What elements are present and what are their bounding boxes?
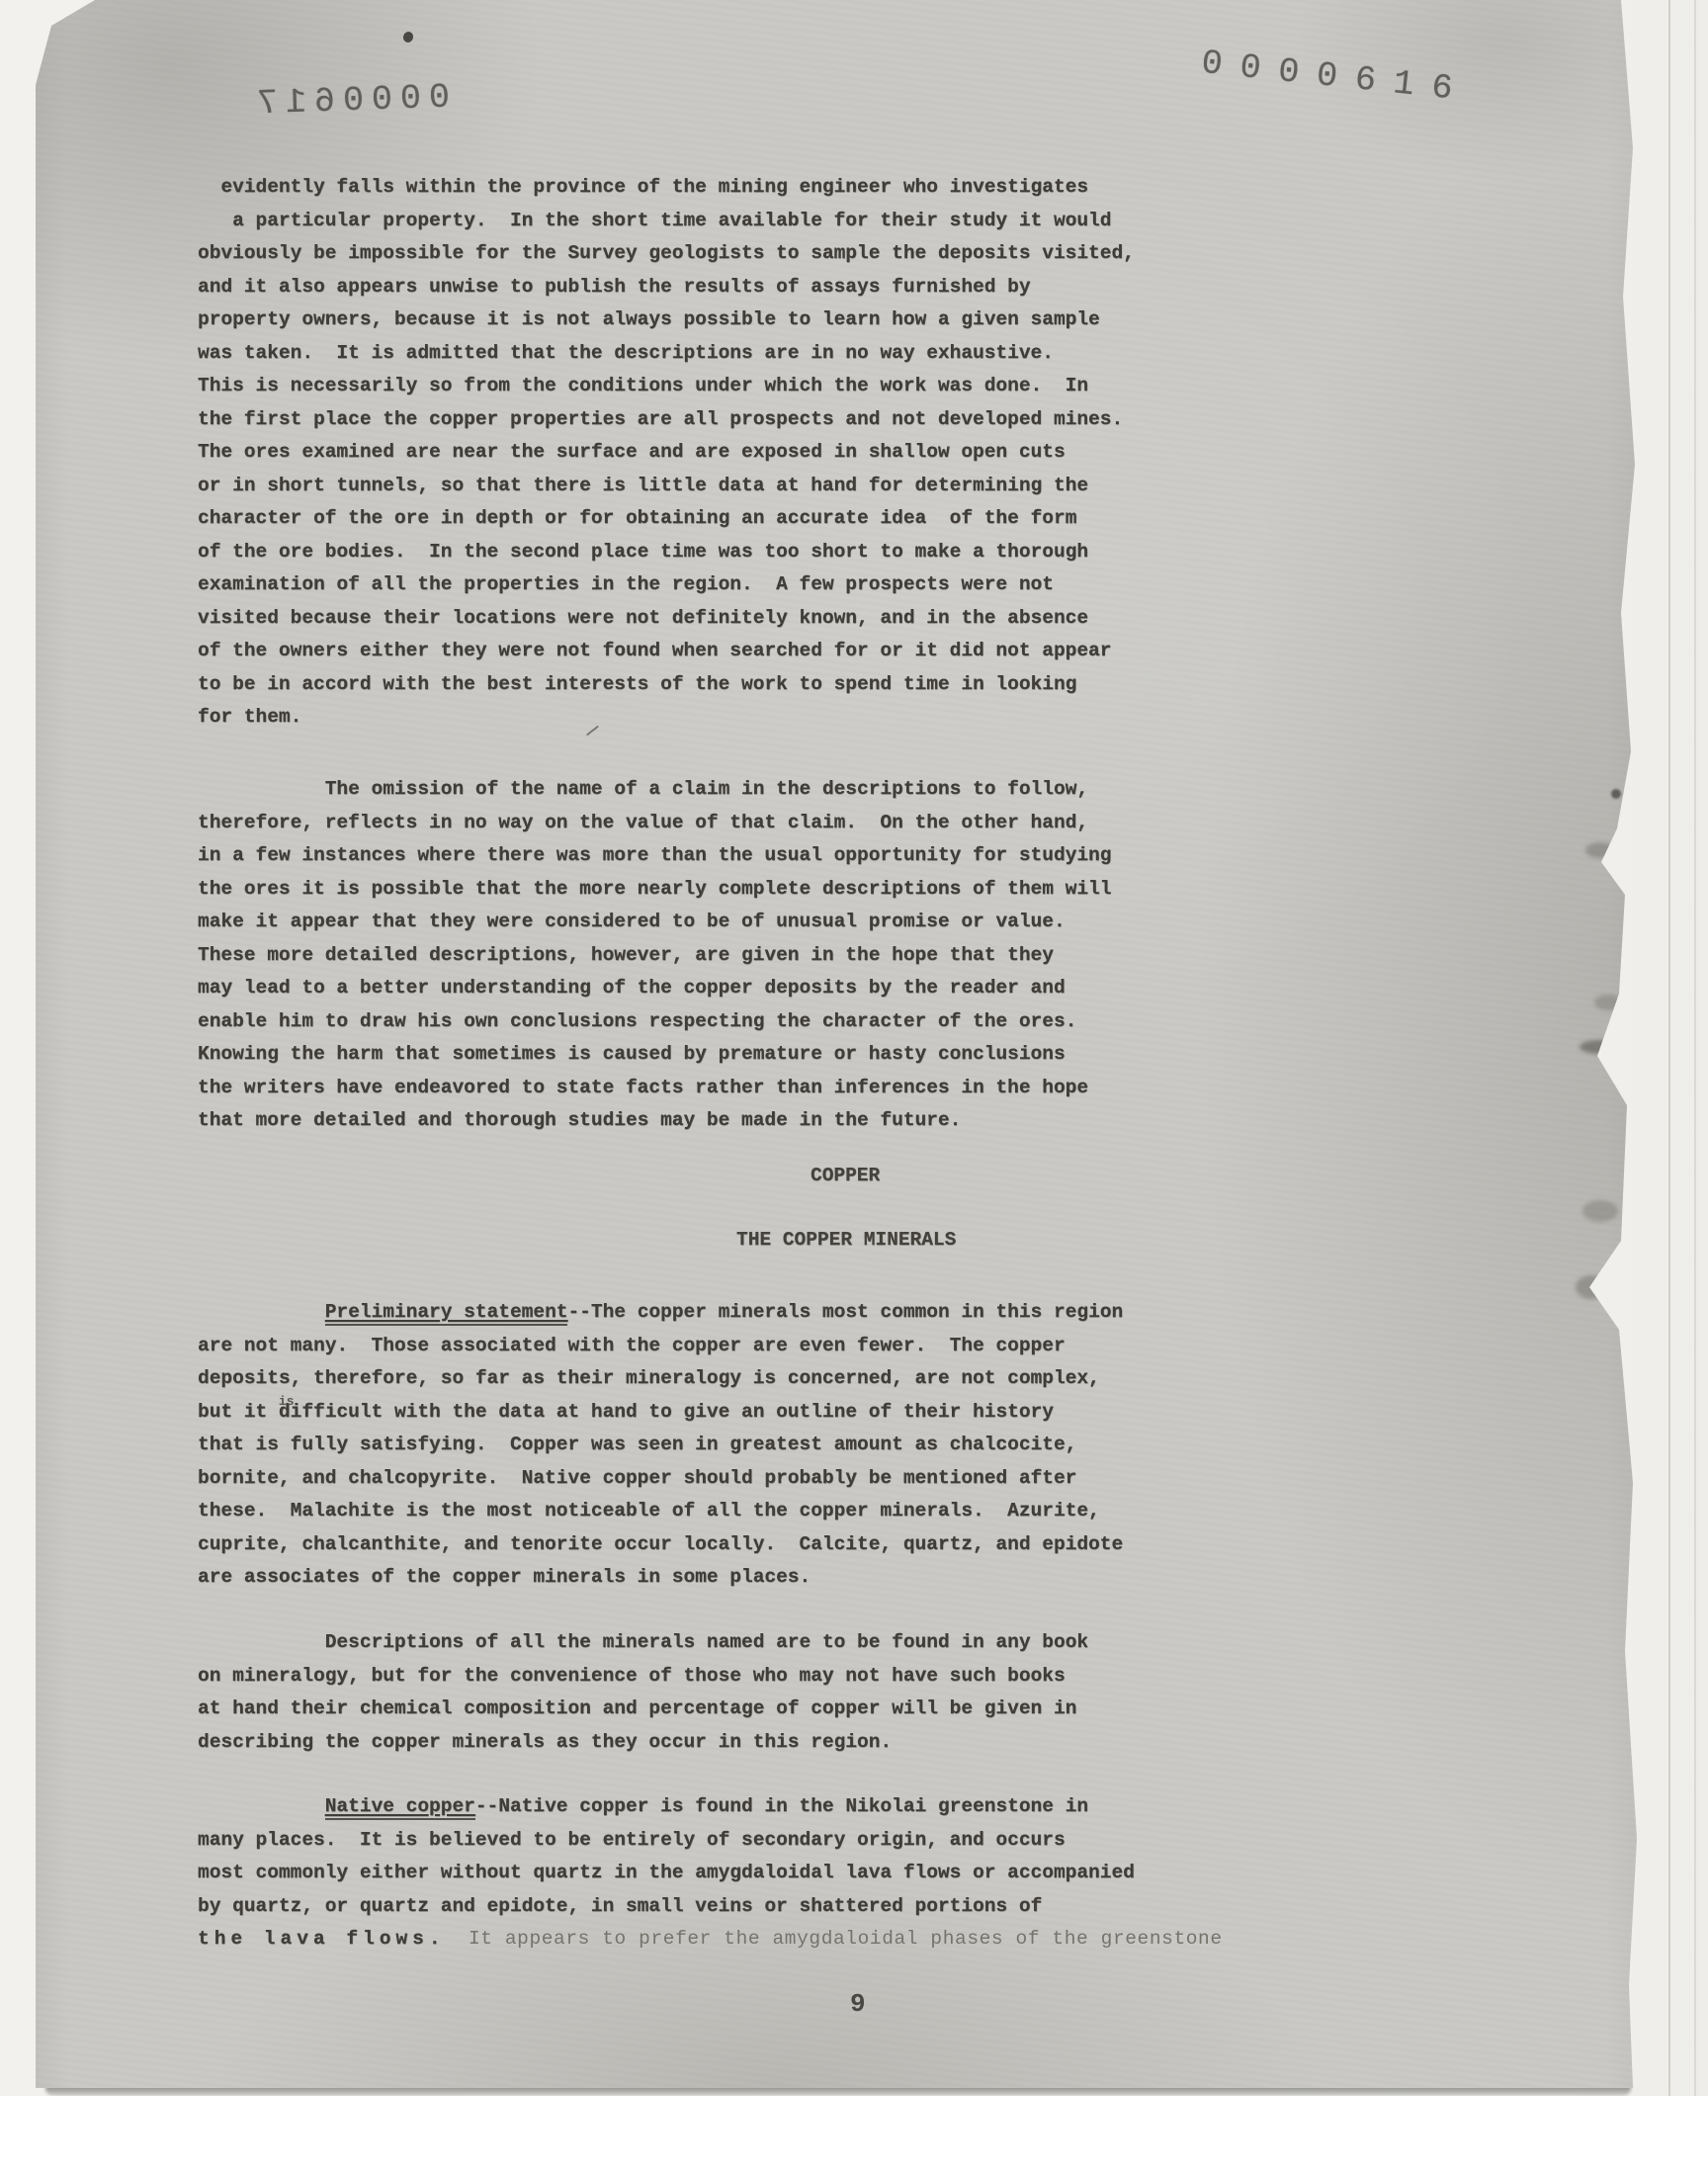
text-line: to be in accord with the best interests …	[198, 668, 1135, 702]
text-line: that is fully satisfying. Copper was see…	[198, 1429, 1123, 1462]
text-line: but it isdifficult with the data at hand…	[198, 1396, 1123, 1430]
text-segment: the lava flows.	[198, 1928, 446, 1950]
text-line: the first place the copper properties ar…	[198, 403, 1135, 437]
scanner-artifact-line	[1694, 0, 1696, 2108]
text-line: Knowing the harm that sometimes is cause…	[198, 1038, 1111, 1072]
text-line: describing the copper minerals as they o…	[198, 1726, 1088, 1760]
text-line: These more detailed descriptions, howeve…	[198, 939, 1111, 973]
text-segment: It appears to prefer the amygdaloidal ph…	[469, 1928, 1223, 1950]
text-line: the lava flows. It appears to prefer the…	[198, 1923, 1223, 1957]
text-line: The omission of the name of a claim in t…	[198, 773, 1111, 807]
text-line: cuprite, chalcanthite, and tenorite occu…	[198, 1528, 1123, 1562]
text-line: visited because their locations were not…	[198, 602, 1135, 636]
text-line: character of the ore in depth or for obt…	[198, 502, 1135, 536]
text-line: are not many. Those associated with the …	[198, 1330, 1123, 1363]
text-line: for them.	[198, 701, 1135, 735]
text-line: or in short tunnels, so that there is li…	[198, 470, 1135, 503]
document-scan: 0000617 0000616 evidently falls within t…	[0, 0, 1708, 2175]
text-line: evidently falls within the province of t…	[198, 171, 1135, 205]
edge-stain	[1576, 1275, 1607, 1299]
text-line: bornite, and chalcopyrite. Native copper…	[198, 1462, 1123, 1496]
scanner-artifact-line	[1668, 0, 1670, 2108]
stamp-number-mirrored: 0000617	[248, 77, 450, 124]
paragraph-preliminary-statement: Preliminary statement--The copper minera…	[198, 1296, 1123, 1595]
text-segment: Native copper	[325, 1795, 475, 1820]
text-line: was taken. It is admitted that the descr…	[198, 337, 1135, 371]
text-line: deposits, therefore, so far as their min…	[198, 1362, 1123, 1396]
text-line: and it also appears unwise to publish th…	[198, 271, 1135, 304]
text-segment: Preliminary statement	[325, 1301, 568, 1326]
edge-stain	[1580, 1040, 1621, 1054]
subsection-heading-copper-minerals: THE COPPER MINERALS	[736, 1229, 956, 1251]
text-line: a particular property. In the short time…	[198, 205, 1135, 238]
ink-dot	[401, 31, 414, 44]
text-segment: but it	[198, 1401, 279, 1423]
text-line: make it appear that they were considered…	[198, 906, 1111, 939]
text-line: examination of all the properties in the…	[198, 568, 1135, 602]
text-line: many places. It is believed to be entire…	[198, 1824, 1223, 1858]
text-line: Descriptions of all the minerals named a…	[198, 1626, 1088, 1660]
text-line: The ores examined are near the surface a…	[198, 436, 1135, 470]
stamp-number: 0000616	[1200, 43, 1473, 111]
text-line: are associates of the copper minerals in…	[198, 1561, 1123, 1595]
text-segment	[446, 1928, 469, 1950]
text-segment	[198, 1795, 325, 1817]
text-line: Native copper--Native copper is found in…	[198, 1790, 1223, 1824]
paragraph-native-copper: Native copper--Native copper is found in…	[198, 1790, 1223, 1957]
text-line: in a few instances where there was more …	[198, 839, 1111, 873]
text-segment: difficult with the data at hand to give …	[279, 1401, 1054, 1423]
edge-stain	[1611, 789, 1621, 799]
text-line: may lead to a better understanding of th…	[198, 972, 1111, 1005]
scanner-bed-background	[0, 2096, 1708, 2175]
paragraph-descriptions-of-minerals: Descriptions of all the minerals named a…	[198, 1626, 1088, 1759]
text-segment: --Native copper is found in the Nikolai …	[475, 1795, 1088, 1817]
paragraph-introduction: evidently falls within the province of t…	[198, 171, 1135, 735]
text-line: enable him to draw his own conclusions r…	[198, 1005, 1111, 1039]
text-segment: --The copper minerals most common in thi…	[567, 1301, 1123, 1323]
text-line: the ores it is possible that the more ne…	[198, 873, 1111, 907]
text-line: obviously be impossible for the Survey g…	[198, 237, 1135, 271]
text-line: these. Malachite is the most noticeable …	[198, 1495, 1123, 1528]
paragraph-omission-of-claim-names: The omission of the name of a claim in t…	[198, 773, 1111, 1138]
text-line: of the owners either they were not found…	[198, 635, 1135, 668]
text-line: of the ore bodies. In the second place t…	[198, 536, 1135, 569]
edge-stain	[1582, 1200, 1618, 1222]
section-heading-copper: COPPER	[811, 1165, 880, 1186]
text-line: on mineralogy, but for the convenience o…	[198, 1660, 1088, 1694]
text-line: that more detailed and thorough studies …	[198, 1104, 1111, 1138]
page-number: 9	[850, 1989, 866, 2019]
text-line: most commonly either without quartz in t…	[198, 1857, 1223, 1890]
edge-stain	[1594, 995, 1622, 1010]
text-line: This is necessarily so from the conditio…	[198, 370, 1135, 403]
edge-stain	[1585, 842, 1615, 858]
text-line: Preliminary statement--The copper minera…	[198, 1296, 1123, 1330]
text-segment	[198, 1301, 325, 1323]
text-line: at hand their chemical composition and p…	[198, 1693, 1088, 1726]
text-line: the writers have endeavored to state fac…	[198, 1072, 1111, 1105]
text-line: therefore, reflects in no way on the val…	[198, 807, 1111, 840]
text-line: property owners, because it is not alway…	[198, 304, 1135, 337]
paper-sheet: 0000617 0000616 evidently falls within t…	[0, 0, 1708, 2088]
text-line: by quartz, or quartz and epidote, in sma…	[198, 1890, 1223, 1924]
